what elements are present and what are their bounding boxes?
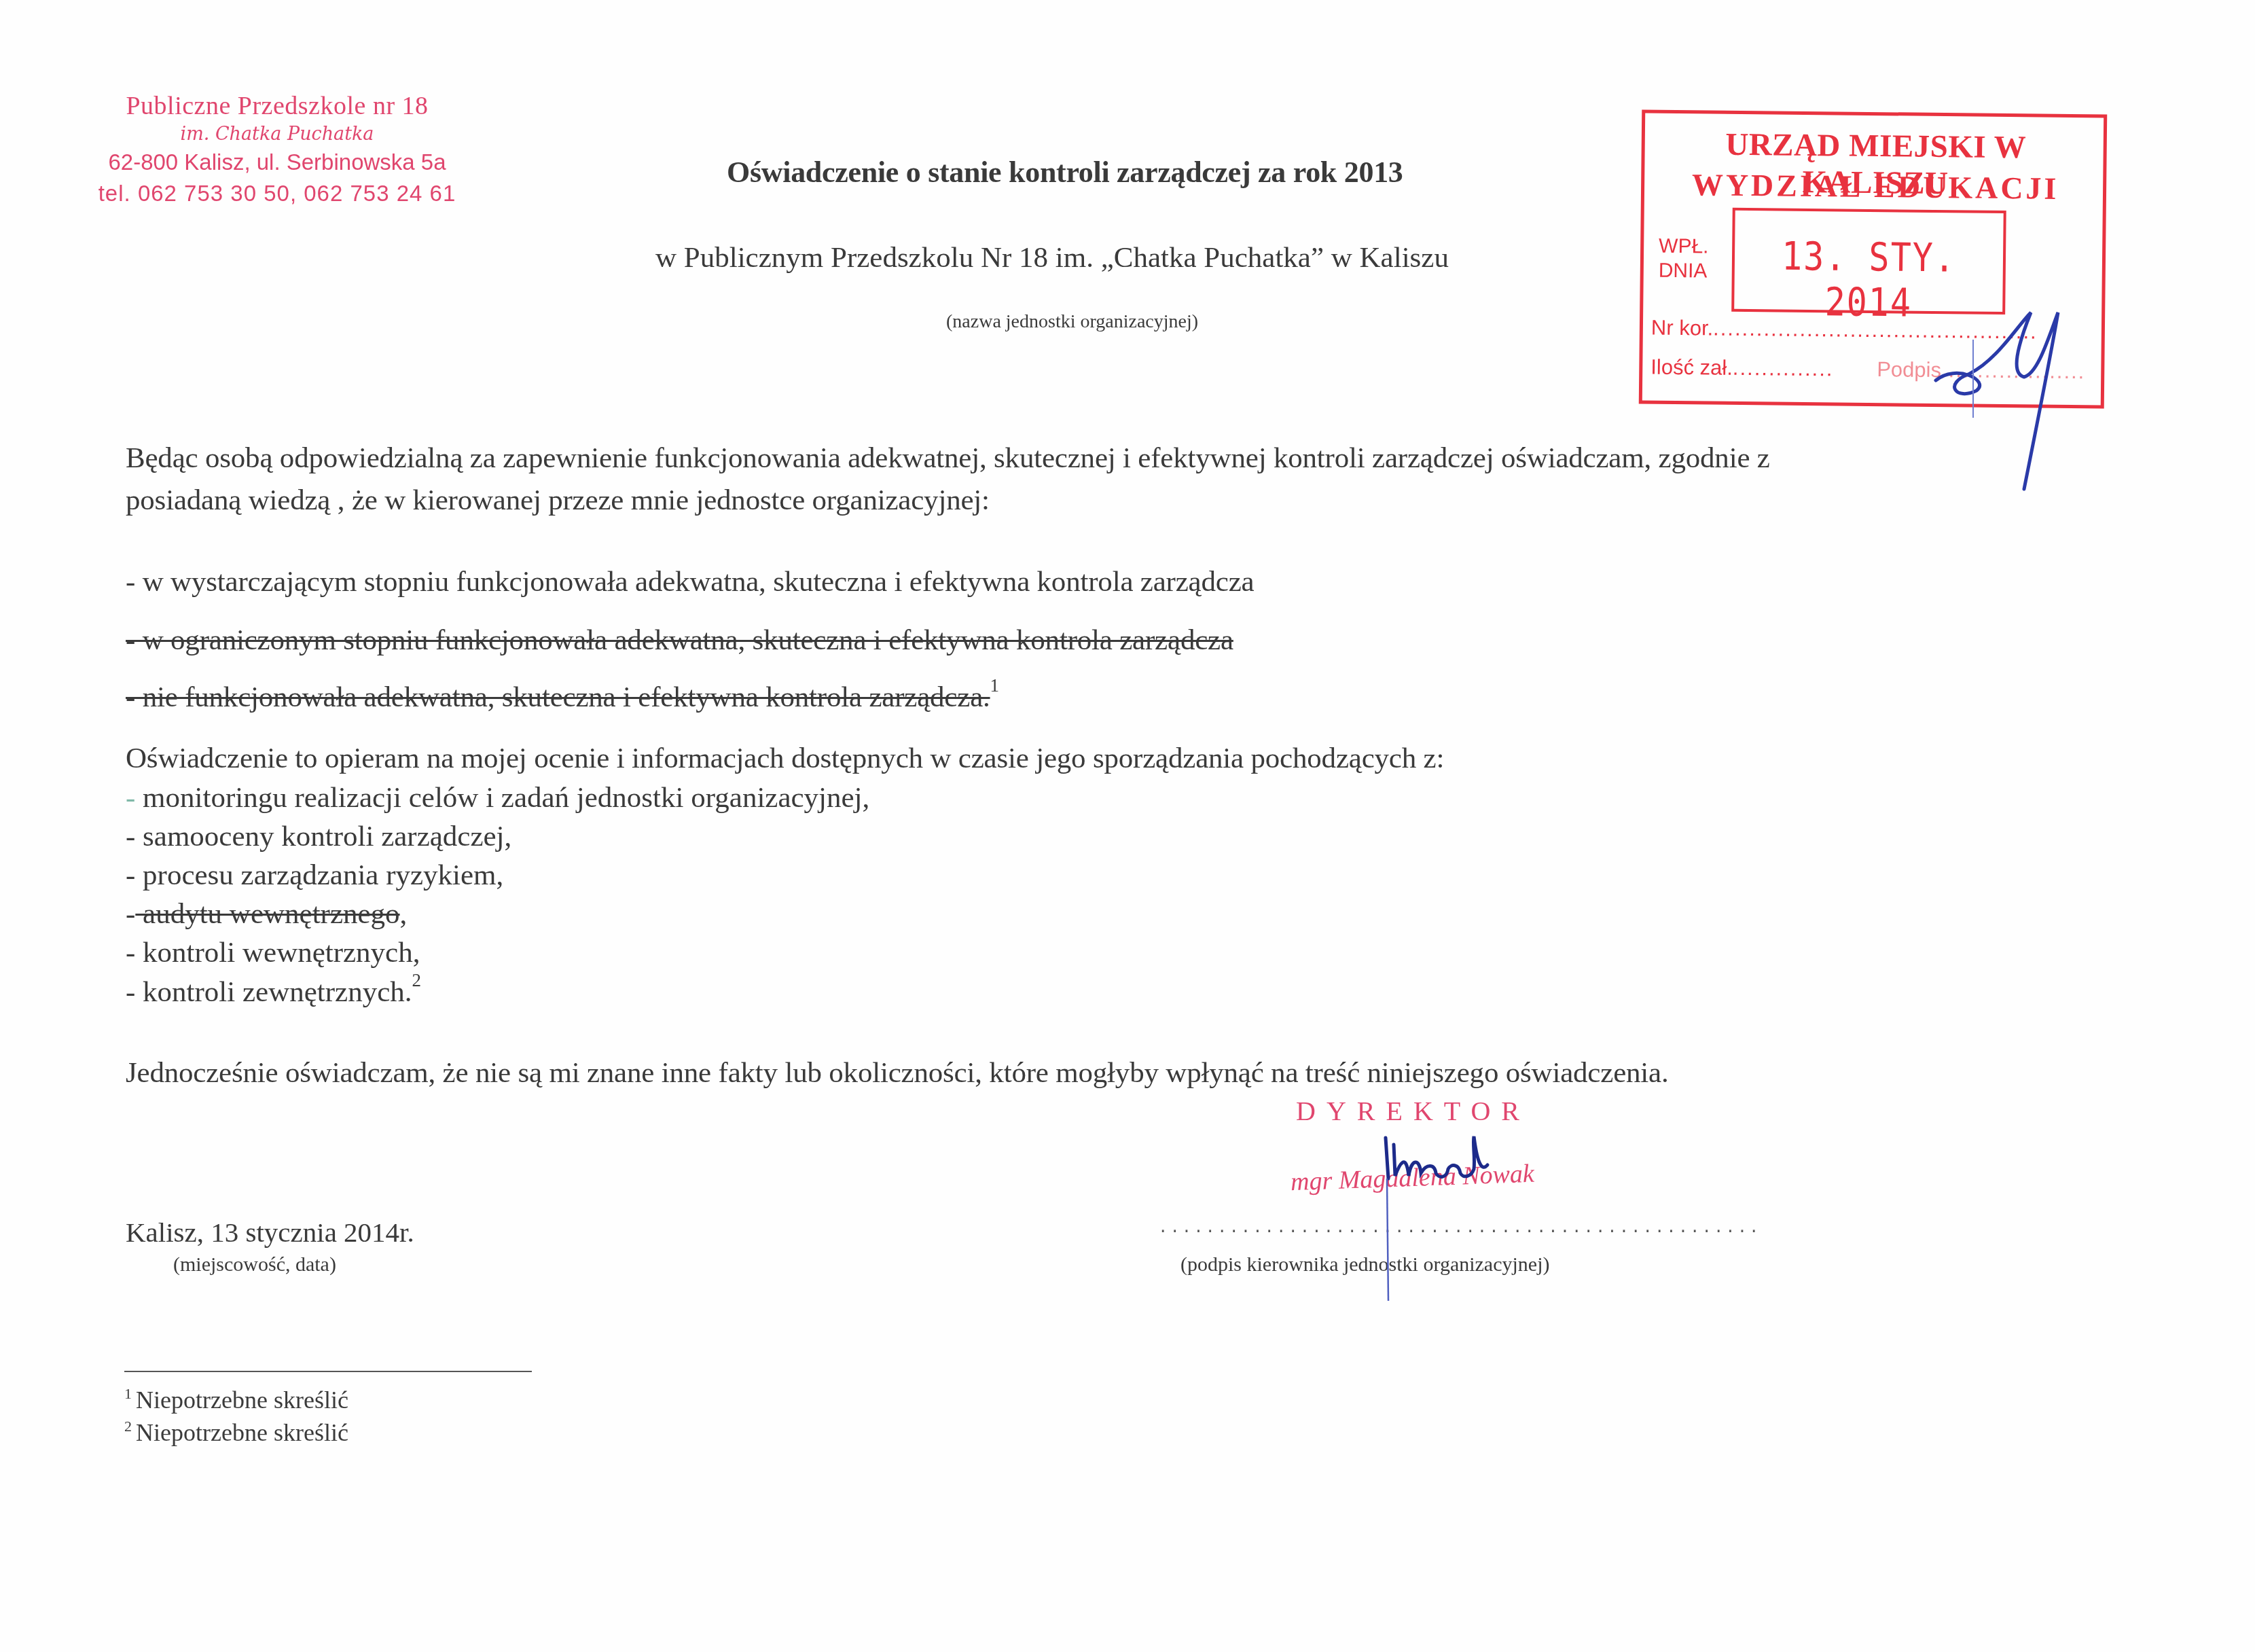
unit-name: w Publicznym Przedszkolu Nr 18 im. „Chat… (655, 241, 1449, 274)
source-text: kontroli wewnętrznych, (135, 937, 420, 969)
office-received-stamp: URZĄD MIEJSKI W KALISZU WYDZIAŁ EDUKACJI… (1639, 109, 2107, 408)
signature-caption: (podpis kierownika jednostki organizacyj… (1180, 1253, 1549, 1276)
footnote-ref-1: 1 (990, 675, 999, 696)
director-stamp-title: DYREKTOR (1296, 1095, 1530, 1127)
source-item: - samooceny kontroli zarządczej, (126, 820, 511, 853)
received-date: 13. STY. 2014 (1734, 233, 2003, 327)
basis-intro: Oświadczenie to opieram na mojej ocenie … (126, 742, 1444, 775)
correspondence-number-label: Nr kor. (1651, 316, 1714, 340)
source-item: - monitoringu realizacji celów i zadań j… (126, 781, 869, 814)
stamp-signature-label: Podpis (1877, 357, 1941, 382)
closing-statement: Jednocześnie oświadczam, że nie są mi zn… (126, 1056, 1669, 1090)
place-date-caption: (miejscowość, data) (173, 1253, 336, 1276)
footnote-ref-2: 2 (412, 970, 421, 990)
footnote-mark: 2 (124, 1418, 132, 1435)
attachments-label: Ilość zał. (1650, 355, 1733, 380)
source-suffix: , (400, 898, 408, 930)
footnote-2: 2Niepotrzebne skreślić (124, 1418, 348, 1447)
footnote-1: 1Niepotrzebne skreślić (124, 1386, 348, 1414)
source-item: - kontroli wewnętrznych, (126, 936, 420, 969)
source-dash: - (126, 859, 135, 891)
source-item: - kontroli zewnętrznych.2 (126, 975, 421, 1009)
source-dash: - (126, 898, 135, 930)
footnote-text: Niepotrzebne skreślić (136, 1386, 348, 1414)
unit-name-caption: (nazwa jednostki organizacyjnej) (946, 311, 1198, 333)
school-header-stamp: Publiczne Przedszkole nr 18 im. Chatka P… (80, 90, 474, 209)
school-phone: tel. 062 753 30 50, 062 753 24 61 (80, 178, 474, 209)
source-dash: - (126, 782, 135, 814)
signature-line: ........................................… (1158, 1219, 1761, 1238)
school-address: 62-800 Kalisz, ul. Serbinowska 5a (80, 147, 474, 178)
received-label-line2: DNIA (1659, 259, 1709, 284)
received-label-line1: WPŁ. (1659, 234, 1709, 259)
correspondence-number-field: Nr kor..................................… (1651, 316, 2038, 344)
option-sufficient: - w wystarczającym stopniu funkcjonowała… (126, 565, 1254, 598)
source-text: audytu wewnętrznego (135, 898, 399, 930)
source-dash: - (126, 821, 135, 852)
source-item-struck: - audytu wewnętrznego, (126, 897, 407, 931)
source-text: kontroli zewnętrznych. (135, 976, 412, 1008)
option-none-text: - nie funkcjonowała adekwatna, skuteczna… (126, 681, 990, 713)
source-text: procesu zarządzania ryzykiem, (135, 859, 503, 891)
school-patron: im. Chatka Puchatka (80, 122, 474, 147)
source-text: monitoringu realizacji celów i zadań jed… (135, 782, 869, 814)
footnote-mark: 1 (124, 1385, 132, 1402)
attachments-field: Ilość zał............... (1650, 355, 1834, 382)
document-title: Oświadczenie o stanie kontroli zarządcze… (727, 155, 1403, 190)
source-dash: - (126, 937, 135, 969)
source-text: samooceny kontroli zarządczej, (135, 821, 511, 852)
source-item: - procesu zarządzania ryzykiem, (126, 859, 503, 892)
office-stamp-line2: WYDZIAŁ EDUKACJI (1658, 166, 2093, 207)
received-date-box: 13. STY. 2014 (1731, 208, 2006, 315)
footnote-divider (124, 1371, 532, 1372)
director-name-stamp: mgr Magdalena Nowak (1290, 1159, 1534, 1197)
school-name: Publiczne Przedszkole nr 18 (80, 90, 474, 122)
option-limited-struck: - w ograniczonym stopniu funkcjonowała a… (126, 624, 1233, 657)
scanned-document-page: Publiczne Przedszkole nr 18 im. Chatka P… (0, 0, 2255, 1652)
source-dash: - (126, 976, 135, 1008)
footnote-text: Niepotrzebne skreślić (136, 1419, 348, 1446)
stamp-signature-field: Podpis.................... (1877, 357, 2085, 384)
received-label: WPŁ. DNIA (1659, 234, 1709, 284)
place-and-date: Kalisz, 13 stycznia 2014r. (126, 1216, 414, 1249)
option-none-struck: - nie funkcjonowała adekwatna, skuteczna… (126, 681, 999, 714)
intro-line-2: posiadaną wiedzą , że w kierowanej przez… (126, 484, 990, 517)
intro-line-1: Będąc osobą odpowiedzialną za zapewnieni… (126, 442, 1770, 475)
